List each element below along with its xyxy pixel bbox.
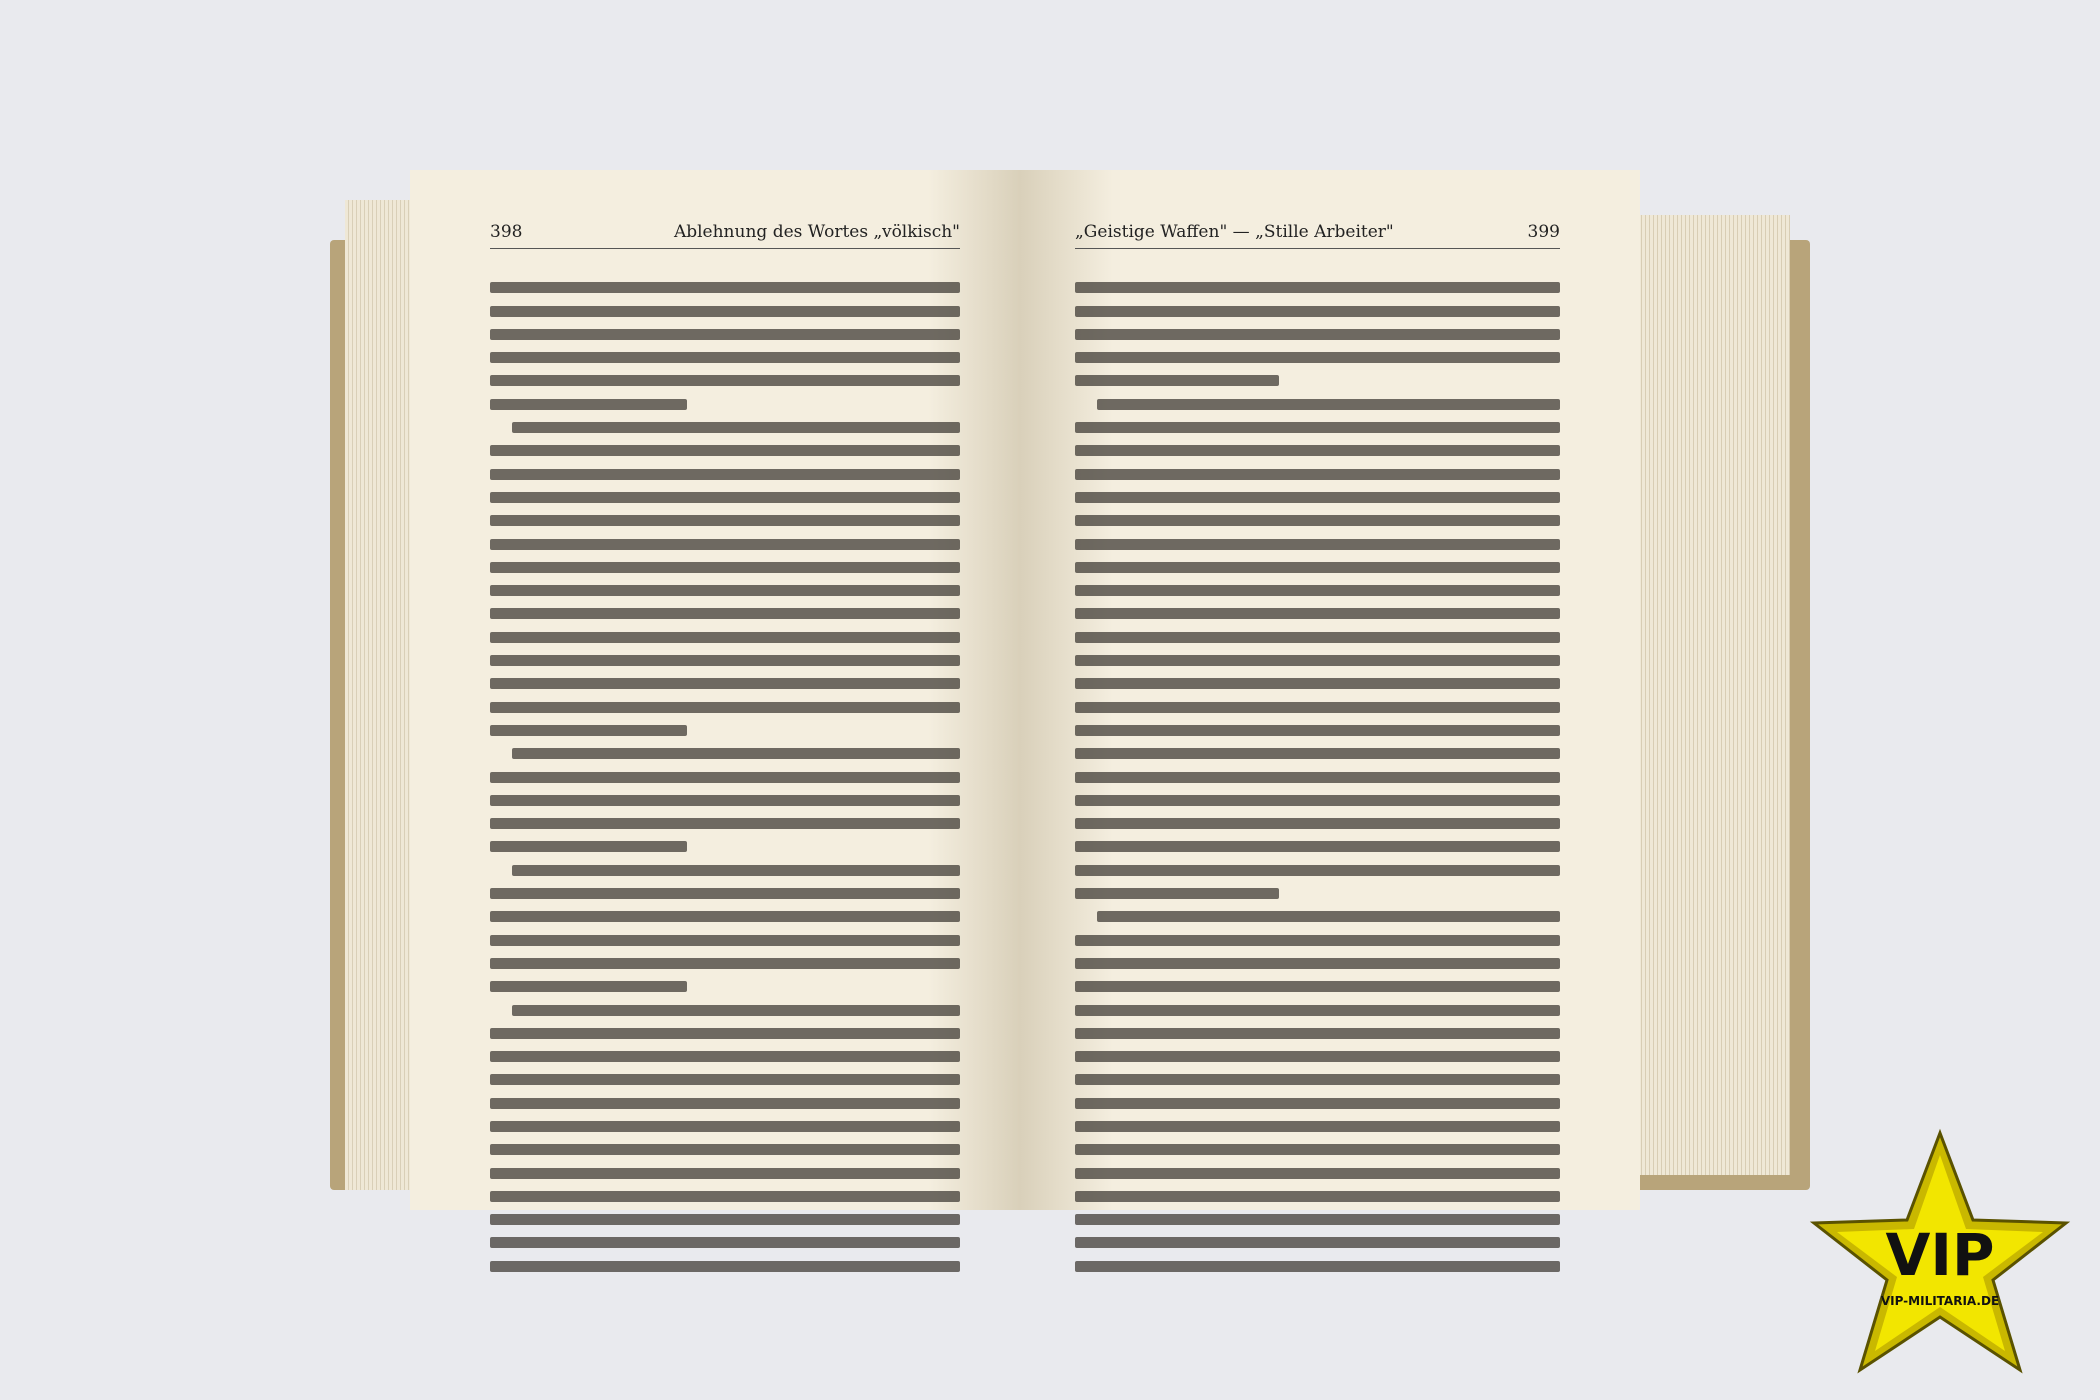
text-line xyxy=(490,795,960,806)
text-line xyxy=(490,772,960,783)
watermark-vip-text: VIP xyxy=(1886,1221,1995,1289)
text-line xyxy=(490,1144,960,1155)
text-line xyxy=(1075,655,1560,666)
right-running-head: „Geistige Waffen" — „Stille Arbeiter" 39… xyxy=(1075,222,1560,249)
text-line xyxy=(1075,585,1560,596)
text-line xyxy=(1075,1214,1560,1225)
text-line xyxy=(1097,911,1560,922)
text-line xyxy=(1075,632,1560,643)
text-line xyxy=(490,585,960,596)
text-line xyxy=(1075,608,1560,619)
text-line xyxy=(1075,515,1560,526)
text-line xyxy=(490,329,960,340)
text-line xyxy=(1075,935,1560,946)
text-line xyxy=(490,1168,960,1179)
text-line xyxy=(490,981,687,992)
text-line xyxy=(490,678,960,689)
text-line xyxy=(490,608,960,619)
text-line xyxy=(490,1237,960,1248)
right-body-text xyxy=(1075,270,1560,1284)
vip-star-watermark-icon: VIP VIP-MILITARIA.DE xyxy=(1808,1125,2073,1375)
text-line xyxy=(490,1028,960,1039)
text-line xyxy=(1075,748,1560,759)
text-line xyxy=(1075,282,1560,293)
text-line xyxy=(1075,888,1279,899)
text-line xyxy=(490,888,960,899)
text-line xyxy=(1075,1074,1560,1085)
text-line xyxy=(1075,841,1560,852)
text-line xyxy=(1075,702,1560,713)
page-number: 398 xyxy=(490,222,522,242)
text-line xyxy=(1075,772,1560,783)
text-line xyxy=(1075,958,1560,969)
text-line xyxy=(490,492,960,503)
text-line xyxy=(490,1214,960,1225)
text-line xyxy=(490,1121,960,1132)
text-line xyxy=(490,306,960,317)
text-line xyxy=(512,1005,960,1016)
text-line xyxy=(1075,1005,1560,1016)
text-line xyxy=(1075,725,1560,736)
text-line xyxy=(490,1191,960,1202)
text-line xyxy=(1075,469,1560,480)
text-line xyxy=(1075,1098,1560,1109)
text-line xyxy=(1075,1121,1560,1132)
text-line xyxy=(490,958,960,969)
text-line xyxy=(1075,1237,1560,1248)
text-line xyxy=(490,702,960,713)
text-line xyxy=(490,375,960,386)
text-line xyxy=(1075,981,1560,992)
text-line xyxy=(512,422,960,433)
text-line xyxy=(490,539,960,550)
text-line xyxy=(1075,306,1560,317)
text-line xyxy=(490,632,960,643)
text-line xyxy=(1075,539,1560,550)
left-page: 398 Ablehnung des Wortes „völkisch" xyxy=(410,170,1020,1210)
text-line xyxy=(490,282,960,293)
text-line xyxy=(1075,1191,1560,1202)
text-line xyxy=(490,1051,960,1062)
text-line xyxy=(490,562,960,573)
text-line xyxy=(1075,678,1560,689)
text-line xyxy=(1075,1168,1560,1179)
text-line xyxy=(1075,818,1560,829)
text-line xyxy=(1075,562,1560,573)
text-line xyxy=(1075,352,1560,363)
text-line xyxy=(1075,329,1560,340)
text-line xyxy=(1075,422,1560,433)
text-line xyxy=(1075,375,1279,386)
right-page: „Geistige Waffen" — „Stille Arbeiter" 39… xyxy=(1020,170,1640,1210)
text-line xyxy=(490,445,960,456)
text-line xyxy=(490,841,687,852)
text-line xyxy=(1075,865,1560,876)
text-line xyxy=(490,818,960,829)
text-line xyxy=(490,1074,960,1085)
text-line xyxy=(1075,1144,1560,1155)
text-line xyxy=(512,748,960,759)
text-line xyxy=(1097,399,1560,410)
text-line xyxy=(1075,795,1560,806)
text-line xyxy=(490,515,960,526)
text-line xyxy=(490,352,960,363)
left-body-text xyxy=(490,270,960,1284)
text-line xyxy=(490,469,960,480)
watermark-url-text: VIP-MILITARIA.DE xyxy=(1881,1294,1999,1308)
text-line xyxy=(490,935,960,946)
text-line xyxy=(1075,1051,1560,1062)
text-line xyxy=(490,655,960,666)
running-head-title: „Geistige Waffen" — „Stille Arbeiter" xyxy=(1075,222,1394,242)
text-line xyxy=(1075,1028,1560,1039)
text-line xyxy=(490,1098,960,1109)
text-line xyxy=(490,399,687,410)
text-line xyxy=(512,865,960,876)
left-running-head: 398 Ablehnung des Wortes „völkisch" xyxy=(490,222,960,249)
text-line xyxy=(1075,492,1560,503)
text-line xyxy=(1075,445,1560,456)
page-number: 399 xyxy=(1528,222,1560,242)
text-line xyxy=(490,725,687,736)
text-line xyxy=(1075,1261,1560,1272)
running-head-title: Ablehnung des Wortes „völkisch" xyxy=(674,222,960,242)
text-line xyxy=(490,1261,960,1272)
text-line xyxy=(490,911,960,922)
right-page-stack xyxy=(1630,215,1790,1175)
